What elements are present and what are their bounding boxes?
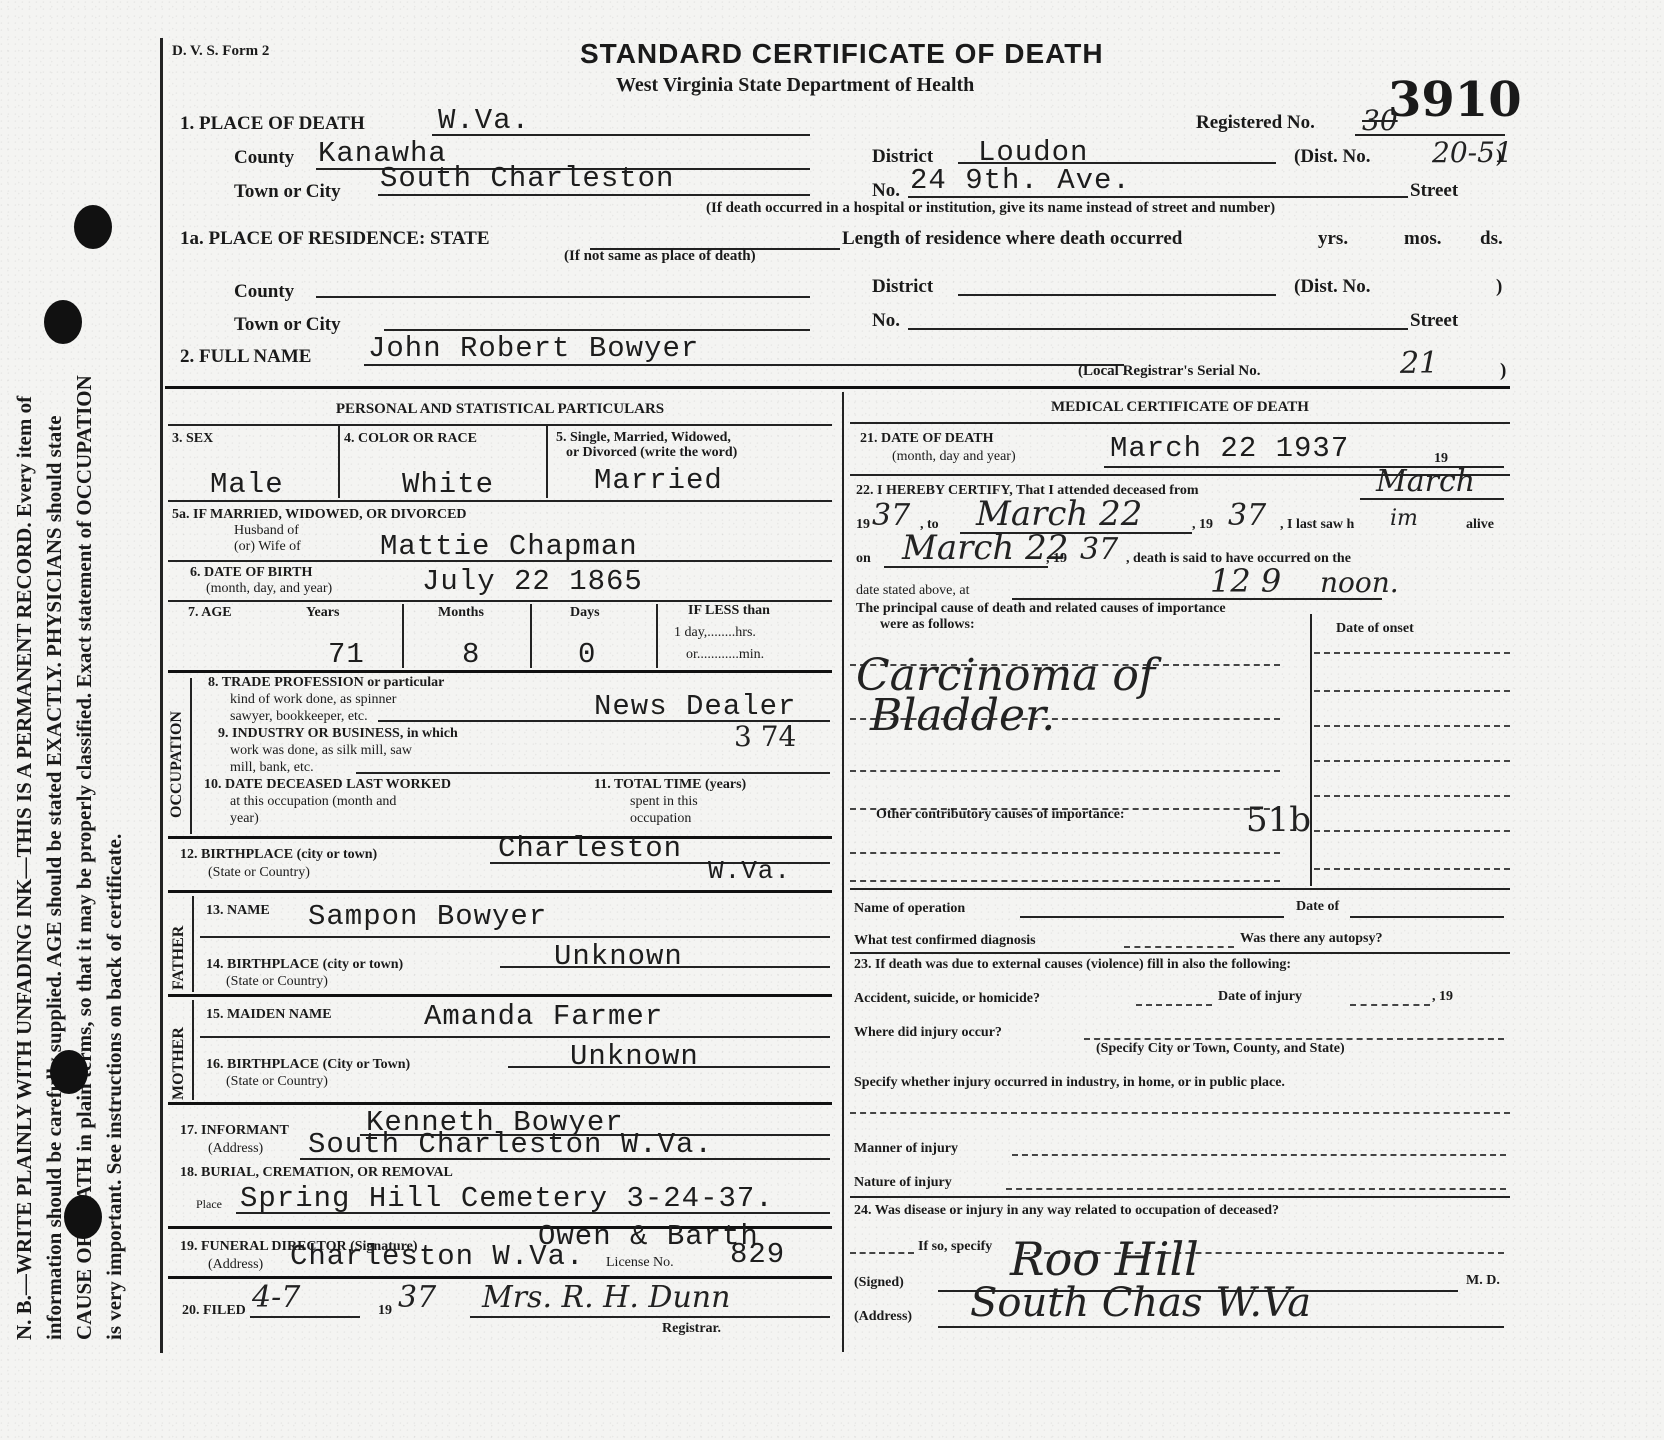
funeral-address[interactable]: Charleston W.Va. (290, 1240, 584, 1273)
physician-signature[interactable]: Roo Hill (1010, 1232, 1199, 1286)
from-19: 19 (856, 518, 870, 533)
to-year[interactable]: 37 (1228, 498, 1266, 533)
industry-label-3: mill, bank, etc. (230, 761, 314, 776)
dist-no-label: (Dist. No. (1294, 146, 1371, 168)
cause-line-2[interactable]: Bladder. (870, 690, 1055, 741)
autopsy-label: Was there any autopsy? (1240, 932, 1382, 947)
alive-label: alive (1466, 518, 1494, 533)
age-months[interactable]: 8 (462, 638, 480, 671)
physician-address[interactable]: South Chas W.Va (970, 1280, 1311, 1326)
serial-no-value[interactable]: 21 (1400, 346, 1438, 381)
personal-heading: PERSONAL AND STATISTICAL PARTICULARS (170, 402, 830, 418)
punch-hole (44, 300, 82, 344)
filed-year-prefix: 19 (378, 1304, 392, 1319)
residence-label: 1a. PLACE OF RESIDENCE: STATE (180, 228, 490, 250)
mother-birthplace-label-1: 16. BIRTHPLACE (City or Town) (206, 1058, 410, 1073)
registered-no-struck: 30 (1362, 104, 1398, 137)
residence-no-label: No. (872, 310, 900, 332)
manner-label: Manner of injury (854, 1142, 958, 1157)
time-of-death[interactable]: 12 9 (1210, 562, 1281, 600)
days-label: Days (570, 606, 600, 621)
father-birthplace-label-2: (State or Country) (226, 975, 328, 990)
serial-no-close: ) (1500, 360, 1506, 382)
physician-address-label: (Address) (854, 1310, 912, 1325)
age-years[interactable]: 71 (328, 638, 365, 671)
date-stated-label: date stated above, at (856, 584, 970, 599)
test-label: What test confirmed diagnosis (854, 934, 1036, 949)
on-year[interactable]: 37 (1080, 532, 1118, 567)
operation-label: Name of operation (854, 902, 965, 917)
mother-birthplace[interactable]: Unknown (570, 1040, 699, 1073)
informant-address-label: (Address) (208, 1142, 263, 1157)
registered-no-stamp: 3910 (1388, 72, 1522, 128)
attended-from[interactable]: March (1376, 464, 1475, 499)
industry-label-2: work was done, as silk mill, saw (230, 744, 412, 759)
informant-label: 17. INFORMANT (180, 1124, 289, 1139)
form-id: D. V. S. Form 2 (172, 44, 269, 60)
race-value[interactable]: White (402, 468, 494, 501)
father-name-label: 13. NAME (206, 904, 270, 919)
form-left-border (160, 38, 163, 1353)
occupation-side-label: OCCUPATION (168, 711, 186, 818)
dob-label-1: 6. DATE OF BIRTH (190, 566, 312, 581)
years-label: Years (306, 606, 339, 621)
filed-label: 20. FILED (182, 1304, 246, 1319)
punch-hole (74, 205, 112, 249)
length-of-residence-label: Length of residence where death occurred (842, 228, 1182, 250)
trade-label-3: sawyer, bookkeeper, etc. (230, 710, 368, 725)
spouse-label-1: Husband of (234, 524, 299, 539)
informant-address[interactable]: South Charleston W.Va. (308, 1128, 713, 1161)
where-injury-note: (Specify City or Town, County, and State… (1096, 1042, 1345, 1057)
last-saw-label: , I last saw h (1280, 518, 1354, 533)
where-injury-label: Where did injury occur? (854, 1026, 1002, 1041)
street-no-label: No. (872, 180, 900, 202)
dod-label-2: (month, day and year) (892, 450, 1016, 465)
residence-street-label: Street (1410, 310, 1458, 332)
certificate-subtitle: West Virginia State Department of Health (616, 74, 974, 97)
marital-label-2: or Divorced (write the word) (566, 446, 737, 461)
contributory-label: Other contributory causes of importance: (876, 808, 1125, 823)
town-label: Town or City (234, 181, 341, 203)
trade-value[interactable]: News Dealer (594, 690, 796, 723)
father-side-label: FATHER (170, 926, 188, 990)
signed-label: (Signed) (854, 1276, 904, 1291)
last-saw-pronoun[interactable]: im (1390, 506, 1418, 531)
full-name-label: 2. FULL NAME (180, 346, 311, 368)
street-label: Street (1410, 180, 1458, 202)
residence-dist-close: ) (1496, 276, 1502, 298)
birthplace-label-2: (State or Country) (208, 866, 310, 881)
burial-label: 18. BURIAL, CREMATION, OR REMOVAL (180, 1166, 453, 1181)
street-value[interactable]: 24 9th. Ave. (910, 164, 1131, 197)
residence-note: (If not same as place of death) (564, 249, 756, 265)
if-so-label: If so, specify (918, 1240, 992, 1255)
hospital-note: (If death occurred in a hospital or inst… (706, 201, 1275, 217)
father-birthplace-label-1: 14. BIRTHPLACE (city or town) (206, 958, 403, 973)
mother-name[interactable]: Amanda Farmer (424, 1000, 663, 1033)
dist-no-close: ) (1496, 146, 1502, 168)
spouse-value[interactable]: Mattie Chapman (380, 530, 638, 563)
accident-label: Accident, suicide, or homicide? (854, 992, 1040, 1007)
total-time-label-3: occupation (630, 812, 691, 827)
principal-cause-label-1: The principal cause of death and related… (856, 602, 1226, 617)
residence-town-label: Town or City (234, 314, 341, 336)
place-of-death-label: 1. PLACE OF DEATH (180, 113, 365, 135)
margin-instructions-1: N. B.—WRITE PLAINLY WITH UNFADING INK—TH… (12, 396, 37, 1340)
age-label: 7. AGE (188, 606, 232, 621)
filed-date[interactable]: 4-7 (252, 1280, 300, 1315)
industry-label-1: 9. INDUSTRY OR BUSINESS, in which (218, 727, 458, 742)
registrar-signature[interactable]: Mrs. R. H. Dunn (482, 1280, 730, 1315)
race-label: 4. COLOR OR RACE (344, 432, 477, 447)
months-label: Months (438, 606, 484, 621)
residence-dist-no-label: (Dist. No. (1294, 276, 1371, 298)
residence-county-label: County (234, 281, 294, 303)
punch-hole (64, 1195, 102, 1239)
date-of-death[interactable]: March 22 1937 (1110, 432, 1349, 465)
trade-label-1: 8. TRADE PROFESSION or particular (208, 676, 444, 691)
mos-label: mos. (1404, 228, 1441, 250)
to-19: , 19 (1192, 518, 1213, 533)
last-worked-label-2: at this occupation (month and (230, 795, 396, 810)
registered-no-label: Registered No. (1196, 112, 1315, 134)
medical-heading: MEDICAL CERTIFICATE OF DEATH (850, 400, 1510, 416)
occupation-related-label: 24. Was disease or injury in any way rel… (854, 1204, 1279, 1219)
column-divider (842, 392, 844, 1352)
father-name[interactable]: Sampon Bowyer (308, 900, 547, 933)
less-than-hours: 1 day,........hrs. (674, 626, 756, 641)
dob-value[interactable]: July 22 1865 (422, 565, 643, 598)
date-of-onset-label: Date of onset (1336, 622, 1414, 637)
registrar-label: Registrar. (662, 1322, 721, 1337)
residence-district-label: District (872, 276, 933, 298)
spouse-label-2: (or) Wife of (234, 540, 301, 555)
injury-date-label: Date of injury (1218, 990, 1302, 1005)
total-time-label-2: spent in this (630, 795, 698, 810)
mother-side-label: MOTHER (170, 1027, 188, 1100)
serial-no-label: (Local Registrar's Serial No. (1078, 364, 1260, 380)
less-than-minutes: or............min. (686, 648, 764, 663)
last-worked-label-3: year) (230, 812, 259, 827)
external-causes-label: 23. If death was due to external causes … (854, 958, 1291, 973)
birthplace-city[interactable]: Charleston (498, 832, 682, 865)
specify-injury-label: Specify whether injury occurred in indus… (854, 1076, 1285, 1091)
birthplace-label-1: 12. BIRTHPLACE (city or town) (180, 848, 377, 863)
mother-birthplace-label-2: (State or Country) (226, 1075, 328, 1090)
age-days[interactable]: 0 (578, 638, 596, 671)
mother-name-label: 15. MAIDEN NAME (206, 1008, 332, 1023)
time-suffix[interactable]: noon. (1320, 566, 1399, 599)
last-worked-label-1: 10. DATE DECEASED LAST WORKED (204, 778, 451, 793)
license-label: License No. (606, 1256, 674, 1271)
total-time-label-1: 11. TOTAL TIME (years) (594, 778, 746, 793)
place-of-death-state[interactable]: W.Va. (438, 104, 530, 137)
trade-label-2: kind of work done, as spinner (230, 693, 396, 708)
on-19: , 19 (1046, 552, 1067, 567)
license-value[interactable]: 829 (730, 1238, 785, 1271)
margin-instructions-2: information should be carefully supplied… (42, 415, 67, 1340)
spouse-heading: 5a. IF MARRIED, WIDOWED, OR DIVORCED (172, 508, 467, 523)
birthplace-state[interactable]: W.Va. (708, 856, 791, 886)
yrs-label: yrs. (1318, 228, 1348, 250)
last-seen-date[interactable]: March 22 (902, 528, 1068, 568)
certificate-title: STANDARD CERTIFICATE OF DEATH (580, 38, 1104, 70)
dob-label-2: (month, day, and year) (206, 582, 332, 597)
filed-year[interactable]: 37 (398, 1280, 436, 1315)
on-label: on (856, 552, 871, 567)
industry-code[interactable]: 3 74 (734, 720, 796, 753)
marital-value[interactable]: Married (594, 464, 723, 497)
funeral-address-label: (Address) (208, 1258, 263, 1273)
ds-label: ds. (1480, 228, 1503, 250)
principal-cause-label-2: were as follows: (880, 618, 975, 633)
punch-hole (50, 1050, 88, 1094)
dod-label-1: 21. DATE OF DEATH (860, 432, 994, 447)
father-birthplace[interactable]: Unknown (554, 940, 683, 973)
operation-date-label: Date of (1296, 900, 1339, 915)
town-value[interactable]: South Charleston (380, 162, 674, 195)
contributory-code[interactable]: 51b (1246, 800, 1311, 840)
less-than-label: IF LESS than (688, 604, 770, 619)
full-name-value[interactable]: John Robert Bowyer (368, 332, 699, 365)
nature-label: Nature of injury (854, 1176, 952, 1191)
sex-value[interactable]: Male (210, 468, 284, 501)
md-label: M. D. (1466, 1274, 1500, 1289)
burial-place[interactable]: Spring Hill Cemetery 3-24-37. (240, 1182, 774, 1215)
sex-label: 3. SEX (172, 432, 213, 447)
margin-instructions-4: is very important. See instructions on b… (102, 834, 127, 1340)
marital-label-1: 5. Single, Married, Widowed, (556, 431, 731, 446)
county-label: County (234, 147, 294, 169)
burial-place-label: Place (196, 1198, 222, 1211)
injury-19: , 19 (1432, 990, 1453, 1005)
